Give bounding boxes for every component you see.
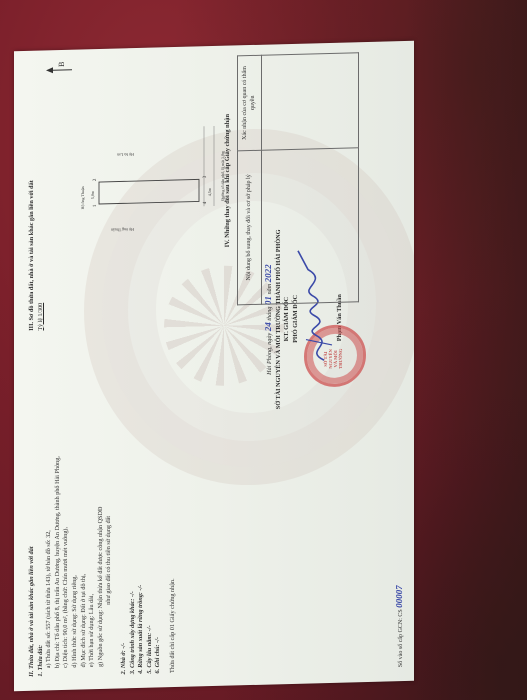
parcel-sketch: 1 2 3 4 5,0m 4,5m Hộ ông Thuận Hộ ông Th… [74,85,234,249]
edge-top-length: 5,0m [90,190,96,199]
parcel-line: a) Thửa đất số: 557 (tách từ thửa 143), … [45,436,54,676]
changes-cell-empty [261,147,358,304]
parcel-line: d) Hình thức sử dụng: Sử dụng riêng, [71,436,80,676]
confirmation-cell-empty [261,53,358,150]
fabric-shadow [407,0,527,700]
north-label: B [57,62,66,68]
item-other-construction: 3. Công trình xây dựng khác: -/- [129,434,138,674]
corner-2: 2 [93,178,98,181]
section-ii-title: II. Thửa đất, nhà ở và tài sản khác gắn … [28,437,37,677]
column-header-content: Nội dung bổ sung, thay đổi và cơ sở pháp… [237,150,261,305]
certificate-page: II. Thửa đất, nhà ở và tài sản khác gắn … [14,41,414,691]
item-house: 2. Nhà ở: -/- [120,434,129,674]
item-forest: 4. Rừng sản xuất là rừng trồng: -/- [137,434,146,674]
section-iv-title: IV. Những thay đổi sau khi cấp Giấy chứn… [224,56,233,306]
land-parcel-label: 1. Thửa đất: [37,436,46,676]
parcel-line: e) Thời hạn sử dụng: Lâu dài, [88,435,97,675]
neighbor-right: Hộ bà Lan [117,152,134,157]
section-parcel-diagram: III. Sơ đồ thửa đất, nhà ở và tài sản kh… [28,60,45,330]
corner-4: 4 [203,201,208,204]
parcel-line: như giao đất có thu tiền sử dụng đất [105,435,114,675]
corner-3: 3 [203,175,208,178]
serial-number: Số vào sổ cấp GCN: CS 00007 [394,585,404,667]
serial-label: Số vào sổ cấp GCN: CS [398,609,404,667]
neighbor-top: Hộ ông Thuận [80,186,85,209]
neighbor-left: Hộ ông Thuận [111,227,134,233]
parcel-line: đ) Mục đích sử dụng: Đất ở tại đô thị, [80,435,89,675]
item-perennial-trees: 5. Cây lâu năm: -/- [146,434,155,674]
section-land-parcel: II. Thửa đất, nhà ở và tài sản khác gắn … [28,433,178,677]
parcel-line: c) Diện tích: 90,0 m², (bằng chữ: Chín m… [62,436,71,676]
corner-1: 1 [93,204,98,207]
column-header-confirmation: Xác nhận của cơ quan có thẩm quyền [237,55,261,150]
section-iii-title: III. Sơ đồ thửa đất, nhà ở và tài sản kh… [28,61,37,331]
map-scale: Tỷ lệ 1/300 [37,60,46,330]
issue-day: 24 [263,322,273,331]
certificate-note: Thửa đất chỉ cấp 01 Giấy chứng nhận. [169,433,178,673]
edge-bottom-length: 4,5m [207,187,213,196]
north-arrow-icon: B [44,60,74,81]
date-prefix: Hải Phòng, ngày [266,333,273,375]
month-prefix: tháng [266,306,273,320]
serial-value: 00007 [394,585,404,608]
parcel-line: b) Địa chỉ: Tổ dân phố 8, thị trấn An Dư… [54,436,63,676]
item-notes: 6. Ghi chú: -/- [154,433,163,673]
section-changes: IV. Những thay đổi sau khi cấp Giấy chứn… [224,52,359,306]
parcel-line: g) Nguồn gốc sử dụng: Nhận thừa kế đất đ… [97,435,106,675]
changes-table: Nội dung bổ sung, thay đổi và cơ sở pháp… [237,52,359,305]
certificate-photo: II. Thửa đất, nhà ở và tài sản khác gắn … [14,46,414,686]
